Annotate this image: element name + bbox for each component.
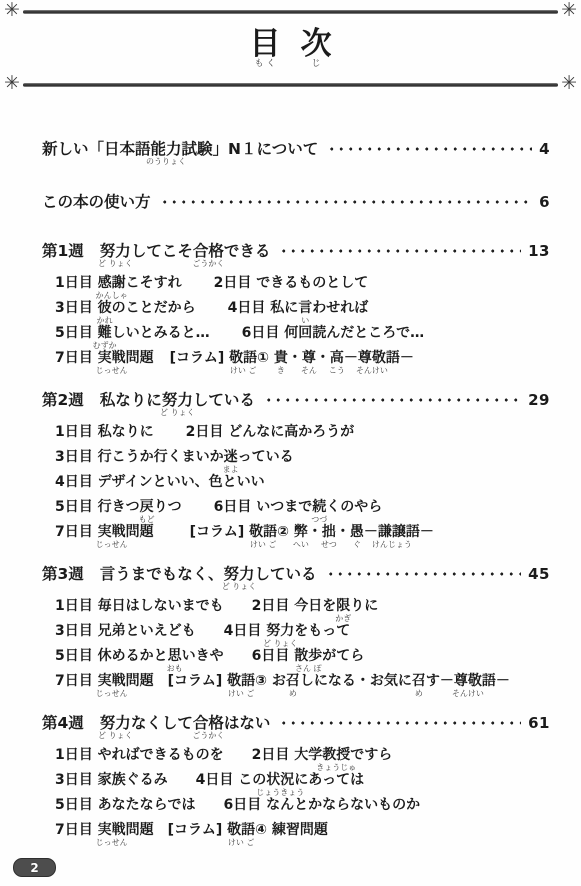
furigana: ごうかく [192,260,224,268]
dot-leader [264,391,521,409]
base-text: 教授 [322,747,350,763]
entry-text: この本の使い方 [42,193,151,211]
base-text: す－ [426,673,454,689]
base-text: 2日目 今日を [252,598,337,614]
entry-text: 新しい「日本語能力のうりょく試験」N１について [42,140,318,158]
text-segment: この本の使い方 [42,193,151,211]
text-gap [154,838,168,839]
base-text: 召 [412,673,426,689]
base-text: 7日目 [55,524,98,540]
text-segment: 尊敬そんけい [454,673,482,690]
page-number: 6 [539,193,550,211]
day-line: 5日目 あなたならでは6日目 なんとかならないものか [42,797,550,814]
base-text: ① [257,350,274,366]
text-segment: 次じ [301,27,332,61]
base-text: 問題 [126,673,154,689]
day-line: 1日目 やればできるものを2日目 大学教授きょうじゅですら [42,747,550,764]
furigana: ど りょく [98,732,133,740]
base-text: 4日目 [224,623,267,639]
base-text: 6日目 なんとかならないものか [223,797,420,813]
base-text: わせれば [312,300,368,316]
text-segment: してこそ [131,242,193,260]
book-page: ✳ ✳ 目も く次じ ✳ ✳ 新しい「日本語能力のうりょく試験」N１について4こ… [0,0,581,886]
base-text: こそすれ [126,275,182,291]
text-segment: 語－ [386,350,414,367]
page-number: 45 [528,565,550,583]
text-segment: ① [257,350,274,367]
text-segment: はない [224,714,271,732]
furigana: じっせん [96,541,128,549]
text-gap [281,60,301,61]
day-line: 3日目 兄弟といえども4日目 努力ど りょくをもって [42,623,550,640]
text-segment: 限かぎ [336,598,350,615]
base-text: っている [238,449,294,465]
text-segment: 1日目 [55,275,98,292]
text-segment: 1日目 毎日はしないまでも [55,598,224,615]
base-text: 4日目 この [196,772,267,788]
text-segment: している [193,391,255,409]
text-segment: にあっては [294,772,364,789]
toc-week-section-1: 第1週努力ど りょくしてこそ合格ごうかくできる131日目 感謝かんしゃこそすれ2… [42,242,550,367]
text-segment: 1日目 私なりに [55,424,154,441]
dot-leader [160,193,533,211]
text-segment: いきや [182,648,224,665]
text-segment: 4日目 デザインといい、色といい [55,474,265,491]
text-segment: [コラム] [190,524,250,541]
text-segment: ③ お [255,673,286,690]
text-gap [195,813,223,814]
text-segment: [コラム] [168,822,228,839]
text-segment: 5日目 [55,325,98,342]
base-text: しになる・お気に [300,673,412,689]
asterisk-ornament-icon: ✳ [561,74,577,93]
base-text: 問題 [126,822,154,838]
text-segment: 問題 [126,524,154,541]
base-text: 迷 [224,449,238,465]
text-segment: 7日目 [55,673,98,690]
text-segment: 散歩さん ぽ [294,648,322,665]
text-segment: っている [238,449,294,466]
text-segment: 敬語けい ご [249,524,277,541]
base-text: 続 [312,499,326,515]
base-text: 第3週 [42,565,84,583]
furigana: へい [293,541,309,549]
text-segment: 尊敬そんけい [358,350,386,367]
text-segment: 目も く [250,27,281,61]
page-number-badge: 2 [13,858,56,877]
furigana: そんけい [356,367,388,375]
text-segment: 4日目 この [196,772,267,789]
base-text: 1日目 やればできるものを [55,747,224,763]
base-text: 5日目 休めるかと [55,648,168,664]
text-segment: 2日目 できるものとして [214,275,369,292]
text-segment: 実戦じっせん [98,524,126,541]
text-gap [196,639,224,640]
text-segment: 第3週 [42,565,84,583]
text-segment: 言うまでもなく、 [100,565,224,583]
furigana: けい ご [250,541,277,549]
text-gap [196,316,228,317]
dot-leader [279,242,521,260]
base-text: 6日目 いつまで [214,499,313,515]
page-title: 目も く次じ [250,27,332,61]
text-segment: 教授きょうじゅ [322,747,350,764]
base-text: 言 [298,300,312,316]
text-segment: 問題 [126,822,154,839]
text-segment: 召め [286,673,300,690]
toc-week-section-3: 第3週言うまでもなく、努力ど りょくしている451日目 毎日はしないまでも2日目… [42,565,550,690]
furigana: そんけい [452,690,484,698]
day-line: 5日目 休めるかと思おもいきや6日目 散歩さん ぽがてら [42,648,550,665]
base-text: 実戦 [98,673,126,689]
base-text: 第4週 [42,714,84,732]
dot-leader [279,714,521,732]
text-segment: くのやら [326,499,382,516]
text-segment: 5日目 行きつ [55,499,140,516]
base-text: 試験」N１について [182,140,319,158]
base-text: 5日目 [55,325,98,341]
base-text: りつ [154,499,182,515]
text-segment: 3日目 行こうか行くまいか [55,449,224,466]
day-line: 3日目 家族ぐるみ4日目 この状況じょうきょうにあっては [42,772,550,789]
base-text: 2日目 大学 [252,747,323,763]
furigana: も く [255,60,276,69]
text-segment: 6日目 何回読んだところで… [242,325,424,342]
text-segment: 愚ぐ [350,524,364,541]
day-line: 1日目 感謝かんしゃこそすれ2日目 できるものとして [42,275,550,292]
text-segment: 彼かれ [98,300,112,317]
base-text: 2日目 できるものとして [214,275,369,291]
text-segment: 語－ [406,524,434,541]
base-text: 実戦 [98,524,126,540]
furigana: けい ご [228,839,255,847]
page-header: ✳ ✳ 目も く次じ ✳ ✳ [0,0,581,94]
text-segment: 3日目 家族ぐるみ [55,772,168,789]
text-segment: 実戦じっせん [98,822,126,839]
base-text: ですら [350,747,392,763]
text-segment: 謙譲けんじょう [378,524,406,541]
base-text: － [364,524,378,540]
text-segment: 3日目 兄弟といえども [55,623,196,640]
text-segment: 4日目 [224,623,267,640]
toc-week-section-4: 第4週努力ど りょくなくして合格ごうかくはない611日目 やればできるものを2日… [42,714,550,839]
furigana: じ [311,60,320,69]
text-segment: りに [350,598,378,615]
text-segment: [コラム] [170,350,230,367]
base-text: 第1週 [42,242,84,260]
base-text: はない [224,714,271,732]
text-gap [168,788,196,789]
base-text: [コラム] [170,350,230,366]
text-segment: 努力ど りょく [266,623,294,640]
top-rule-row: ✳ ✳ [0,2,581,21]
furigana: じっせん [96,367,128,375]
text-segment: 敬語けい ご [227,673,255,690]
base-text: がてら [322,648,364,664]
entry-text: 第2週私なりに努力ど りょくしている [42,391,255,409]
text-segment: す－ [426,673,454,690]
base-text: 問題 [126,350,154,366]
base-text: 7日目 [55,350,98,366]
text-segment: のことだから [112,300,196,317]
base-text: ③ お [255,673,286,689]
day-line: 7日目 実戦じっせん問題[コラム] 敬語けい ご① 貴き・尊そん・高こう－尊敬そ… [42,350,550,367]
horizontal-rule [23,10,558,14]
table-of-contents: 新しい「日本語能力のうりょく試験」N１について4この本の使い方6第1週努力ど り… [0,94,581,839]
base-text: 敬語 [229,350,257,366]
text-segment: ですら [350,747,392,764]
base-text: しいとみると… [112,325,210,341]
bottom-rule-row: ✳ ✳ [0,75,581,94]
text-segment: している [255,565,317,583]
base-text: 第2週 [42,391,84,409]
base-text: 2日目 どんなに高かろうが [186,424,355,440]
text-gap [182,291,214,292]
base-text: 3日目 行こうか行くまいか [55,449,224,465]
toc-week-section-2: 第2週私なりに努力ど りょくしている291日目 私なりに2日目 どんなに高かろう… [42,391,550,541]
base-text: 目 [250,26,281,62]
text-segment: をもって [294,623,350,640]
base-text: 語－ [406,524,434,540]
dot-leader [326,565,522,583]
base-text: 合格 [193,714,224,732]
day-line: 4日目 デザインといい、色といい [42,474,550,491]
page-number: 29 [528,391,550,409]
asterisk-ornament-icon: ✳ [4,74,20,93]
text-segment: 能力のうりょく [151,140,182,158]
text-gap [84,582,100,583]
page-number: 4 [539,140,550,158]
furigana: め [289,690,297,698]
base-text: ・ [316,350,330,366]
base-text: 1日目 私なりに [55,424,154,440]
base-text: 1日目 [55,275,98,291]
base-text: 私なりに [100,391,162,409]
text-segment: 高こう [330,350,344,367]
text-gap [182,515,214,516]
base-text: している [255,565,317,583]
base-text: 敬語 [249,524,277,540]
page-number: 13 [528,242,550,260]
base-text: 努力 [100,714,131,732]
base-text: 6日目 何回読んだところで… [242,325,424,341]
base-text: 敬語 [227,673,255,689]
base-text: 合格 [193,242,224,260]
base-text: 尊 [302,350,316,366]
base-text: ④ 練習問題 [255,822,328,838]
text-segment: がてら [322,648,364,665]
base-text: 尊敬 [454,673,482,689]
day-line: 7日目 実戦じっせん問題[コラム] 敬語けい ご② 弊へい・拙せつ・愚ぐ－謙譲け… [42,524,550,541]
text-segment: 感謝かんしゃ [98,275,126,292]
text-segment: 試験」N１について [182,140,319,158]
text-segment: 2日目 大学 [252,747,323,764]
base-text: この本の使い方 [42,193,151,211]
day-line: 1日目 毎日はしないまでも2日目 今日を限かぎりに [42,598,550,615]
text-segment: 思おも [168,648,182,665]
text-segment: 5日目 休めるかと [55,648,168,665]
asterisk-ornament-icon: ✳ [561,1,577,20]
base-text: いきや [182,648,224,664]
base-text: 実戦 [98,350,126,366]
text-segment: 3日目 [55,300,98,317]
furigana: じっせん [96,839,128,847]
base-text: 思 [168,648,182,664]
text-gap [154,440,186,441]
base-text: [コラム] [168,673,228,689]
text-segment: 6日目 [252,648,295,665]
week-heading: 第2週私なりに努力ど りょくしている29 [42,391,550,409]
base-text: 5日目 行きつ [55,499,140,515]
furigana: ぐ [353,541,361,549]
base-text: 弊 [294,524,308,540]
text-gap [224,614,252,615]
base-text: 1日目 毎日はしないまでも [55,598,224,614]
furigana: のうりょく [146,158,186,166]
text-segment: 合格ごうかく [193,714,224,732]
furigana: ど りょく [160,409,195,417]
base-text: 感謝 [98,275,126,291]
text-gap [84,408,100,409]
text-segment: 7日目 [55,524,98,541]
furigana: ごうかく [192,732,224,740]
base-text: 尊敬 [358,350,386,366]
text-segment: ・ [308,524,322,541]
furigana: ど りょく [98,260,133,268]
furigana: けい ご [228,690,255,698]
toc-front-entry: この本の使い方6 [42,193,550,211]
text-segment: 5日目 あなたならでは [55,797,195,814]
base-text: 状況 [266,772,294,788]
text-segment: 語－ [482,673,510,690]
base-text: 4日目 私に [228,300,299,316]
toc-front-entry: 新しい「日本語能力のうりょく試験」N１について4 [42,140,550,158]
page-number: 2 [30,861,38,875]
base-text: 新しい「日本語 [42,140,151,158]
week-heading: 第1週努力ど りょくしてこそ合格ごうかくできる13 [42,242,550,260]
furigana: き [277,367,285,375]
text-segment: こそすれ [126,275,182,292]
base-text: 語－ [482,673,510,689]
base-text: 語－ [386,350,414,366]
base-text: 4日目 デザインといい、色といい [55,474,265,490]
text-segment: 難むずか [98,325,112,342]
text-segment: 2日目 今日を [252,598,337,615]
text-segment: 1日目 やればできるものを [55,747,224,764]
base-text: 召 [286,673,300,689]
day-line: 7日目 実戦じっせん問題[コラム] 敬語けい ご③ お召めしになる・お気に召めす… [42,673,550,690]
base-text: 散歩 [294,648,322,664]
base-text: 彼 [98,300,112,316]
text-segment: 弊へい [294,524,308,541]
entry-text: 第3週言うまでもなく、努力ど りょくしている [42,565,317,583]
text-segment: 第1週 [42,242,84,260]
furigana: けんじょう [372,541,412,549]
text-segment: 努力ど りょく [162,391,193,409]
base-text: 7日目 [55,673,98,689]
text-segment: 努力ど りょく [100,242,131,260]
text-segment: 問題 [126,673,154,690]
text-segment: 問題 [126,350,154,367]
text-gap [224,664,252,665]
base-text: 高 [330,350,344,366]
text-segment: できる [224,242,271,260]
base-text: 3日目 家族ぐるみ [55,772,168,788]
text-segment: 7日目 [55,350,98,367]
base-text: 拙 [322,524,336,540]
base-text: [コラム] [168,822,228,838]
furigana: せつ [321,541,337,549]
base-text: している [193,391,255,409]
base-text: ・ [308,524,322,540]
base-text: してこそ [131,242,193,260]
text-segment: 合格ごうかく [193,242,224,260]
text-segment: 戻もど [140,499,154,516]
furigana: ど りょく [222,583,257,591]
text-segment: 状況じょうきょう [266,772,294,789]
entry-text: 第1週努力ど りょくしてこそ合格ごうかくできる [42,242,270,260]
furigana: じっせん [96,690,128,698]
text-segment: 言い [298,300,312,317]
dot-leader [327,140,532,158]
text-segment: 敬語けい ご [227,822,255,839]
base-text: くのやら [326,499,382,515]
text-segment: 拙せつ [322,524,336,541]
text-gap [154,366,170,367]
text-segment: 実戦じっせん [98,673,126,690]
text-gap [154,540,190,541]
base-text: 努力 [100,242,131,260]
text-segment: 4日目 私に [228,300,299,317]
page-number: 61 [528,714,550,732]
base-text: 愚 [350,524,364,540]
day-line: 3日目 彼かれのことだから4日目 私に言いわせれば [42,300,550,317]
text-segment: わせれば [312,300,368,317]
furigana: けい ご [230,367,257,375]
text-segment: ② [277,524,294,541]
text-segment: 2日目 どんなに高かろうが [186,424,355,441]
base-text: 謙譲 [378,524,406,540]
title-row: 目も く次じ [0,21,581,75]
base-text: － [344,350,358,366]
text-segment: 第2週 [42,391,84,409]
text-segment: [コラム] [168,673,228,690]
text-segment: 敬語けい ご [229,350,257,367]
base-text: 3日目 兄弟といえども [55,623,196,639]
text-segment: ・ [288,350,302,367]
text-gap [154,689,168,690]
text-segment: ・ [336,524,350,541]
day-line: 1日目 私なりに2日目 どんなに高かろうが [42,424,550,441]
text-segment: 新しい「日本語 [42,140,151,158]
base-text: 7日目 [55,822,98,838]
base-text: 次 [301,26,332,62]
base-text: ② [277,524,294,540]
week-heading: 第3週言うまでもなく、努力ど りょくしている45 [42,565,550,583]
base-text: のことだから [112,300,196,316]
text-segment: 6日目 なんとかならないものか [223,797,420,814]
day-line: 7日目 実戦じっせん問題[コラム] 敬語けい ご④ 練習問題 [42,822,550,839]
text-gap [224,763,252,764]
text-segment: 7日目 [55,822,98,839]
text-segment: 私なりに [100,391,162,409]
base-text: ・ [288,350,302,366]
text-segment: － [344,350,358,367]
text-segment: ・ [316,350,330,367]
text-segment: 努力ど りょく [224,565,255,583]
text-segment: 実戦じっせん [98,350,126,367]
base-text: ・ [336,524,350,540]
